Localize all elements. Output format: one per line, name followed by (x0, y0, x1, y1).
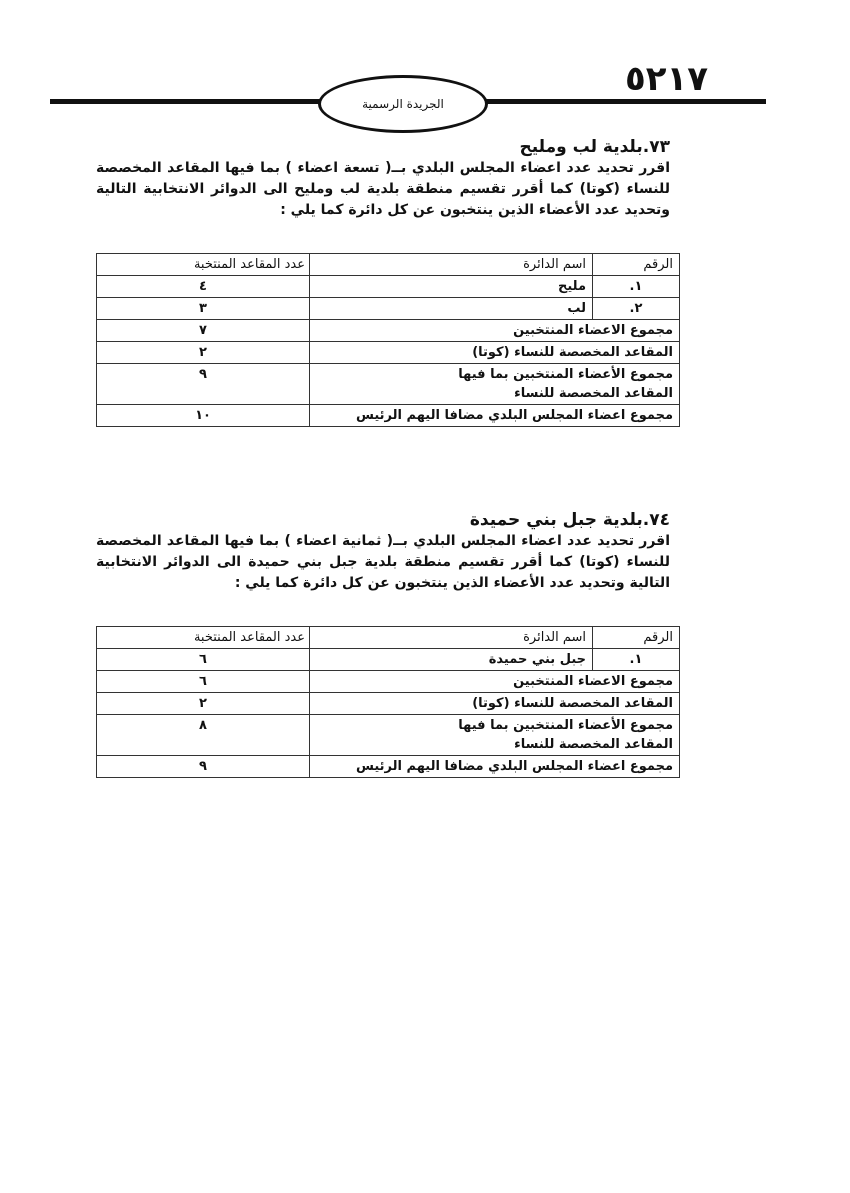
table-header-row: الرقم اسم الدائرة عدد المقاعد المنتخبة (97, 627, 680, 649)
row-district: جبل بني حميدة (310, 649, 593, 671)
header-district: اسم الدائرة (310, 254, 593, 276)
section-body: اقرر تحديد عدد اعضاء المجلس البلدي بــ( … (96, 531, 680, 594)
gazette-oval-badge: الجريدة الرسمية (318, 75, 488, 133)
row-seats: ٦ (97, 649, 310, 671)
summary-label: مجموع الاعضاء المنتخبين (310, 320, 680, 342)
page-number: ٥٢١٧ (628, 62, 708, 96)
summary-label: مجموع اعضاء المجلس البلدي مضافا اليهم ال… (310, 756, 680, 778)
summary-value: ١٠ (97, 405, 310, 427)
section-title: ٧٤.بلدية جبل بني حميدة (96, 509, 680, 531)
summary-value: ٩ (97, 364, 310, 405)
summary-row: مجموع اعضاء المجلس البلدي مضافا اليهم ال… (97, 405, 680, 427)
summary-row: المقاعد المخصصة للنساء (كوتا) ٢ (97, 693, 680, 715)
summary-value: ٩ (97, 756, 310, 778)
row-district: مليح (310, 276, 593, 298)
summary-value: ٨ (97, 715, 310, 756)
section-73: ٧٣.بلدية لب ومليح اقرر تحديد عدد اعضاء ا… (96, 136, 680, 221)
header-seats: عدد المقاعد المنتخبة (97, 254, 310, 276)
districts-table-74: الرقم اسم الدائرة عدد المقاعد المنتخبة ١… (96, 626, 680, 778)
row-seats: ٣ (97, 298, 310, 320)
summary-row: المقاعد المخصصة للنساء (كوتا) ٢ (97, 342, 680, 364)
table-row: ٢. لب ٣ (97, 298, 680, 320)
section-number: ٧٣ (649, 137, 670, 157)
summary-value: ٢ (97, 693, 310, 715)
summary-label: مجموع الاعضاء المنتخبين (310, 671, 680, 693)
districts-table-73: الرقم اسم الدائرة عدد المقاعد المنتخبة ١… (96, 253, 680, 427)
table-row: ١. مليح ٤ (97, 276, 680, 298)
summary-label: مجموع اعضاء المجلس البلدي مضافا اليهم ال… (310, 405, 680, 427)
row-number: ٢. (593, 298, 680, 320)
row-number: ١. (593, 649, 680, 671)
gazette-label: الجريدة الرسمية (362, 97, 444, 111)
header-number: الرقم (593, 254, 680, 276)
summary-row: مجموع الأعضاء المنتخبين بما فيها المقاعد… (97, 364, 680, 405)
section-number: ٧٤ (649, 510, 670, 530)
summary-row: مجموع الاعضاء المنتخبين ٧ (97, 320, 680, 342)
section-title-text: بلدية جبل بني حميدة (470, 510, 643, 530)
summary-label: مجموع الأعضاء المنتخبين بما فيها المقاعد… (310, 715, 680, 756)
table-row: ١. جبل بني حميدة ٦ (97, 649, 680, 671)
summary-row: مجموع الأعضاء المنتخبين بما فيها المقاعد… (97, 715, 680, 756)
header-district: اسم الدائرة (310, 627, 593, 649)
header-seats: عدد المقاعد المنتخبة (97, 627, 310, 649)
row-district: لب (310, 298, 593, 320)
section-74: ٧٤.بلدية جبل بني حميدة اقرر تحديد عدد اع… (96, 509, 680, 594)
row-number: ١. (593, 276, 680, 298)
summary-value: ٢ (97, 342, 310, 364)
summary-value: ٧ (97, 320, 310, 342)
summary-row: مجموع الاعضاء المنتخبين ٦ (97, 671, 680, 693)
summary-label: مجموع الأعضاء المنتخبين بما فيها المقاعد… (310, 364, 680, 405)
section-body: اقرر تحديد عدد اعضاء المجلس البلدي بــ( … (96, 158, 680, 221)
header-number: الرقم (593, 627, 680, 649)
summary-label: المقاعد المخصصة للنساء (كوتا) (310, 693, 680, 715)
section-title: ٧٣.بلدية لب ومليح (96, 136, 680, 158)
section-title-text: بلدية لب ومليح (519, 137, 642, 157)
summary-value: ٦ (97, 671, 310, 693)
row-seats: ٤ (97, 276, 310, 298)
table-header-row: الرقم اسم الدائرة عدد المقاعد المنتخبة (97, 254, 680, 276)
summary-row: مجموع اعضاء المجلس البلدي مضافا اليهم ال… (97, 756, 680, 778)
summary-label: المقاعد المخصصة للنساء (كوتا) (310, 342, 680, 364)
